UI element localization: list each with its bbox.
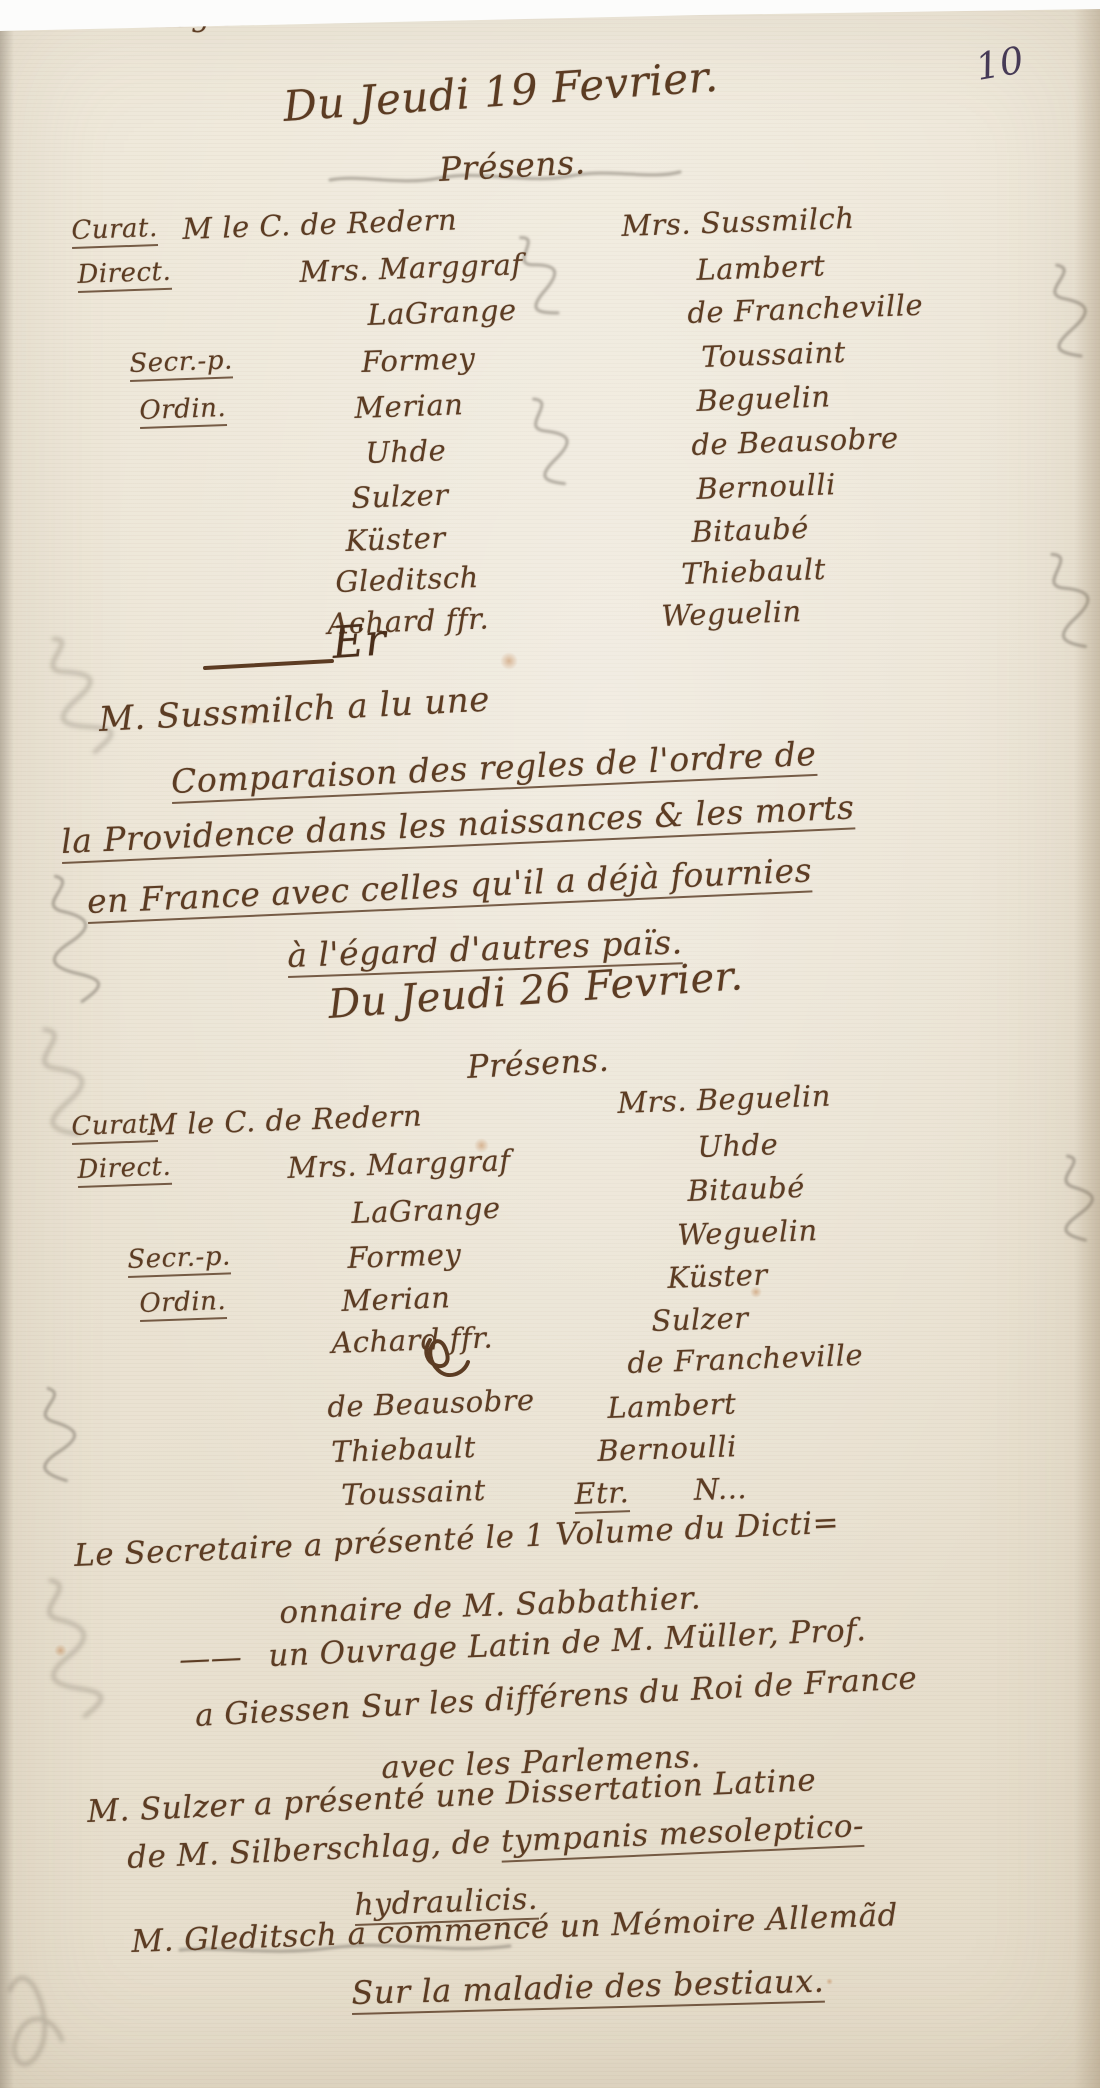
attendee-name: Thiebault <box>331 1430 477 1469</box>
margin-label-direct: Direct. <box>77 257 172 290</box>
margin-label-ordin: Ordin. <box>139 393 227 426</box>
attendee-name: Toussaint <box>341 1473 486 1512</box>
attendee-name: Bitaubé <box>691 511 810 549</box>
attendee-name: Bernoulli <box>696 467 837 506</box>
margin-label-curat: Curat. <box>71 1109 158 1142</box>
attendee-name: Lambert <box>696 249 826 287</box>
separator-dash-stroke <box>205 661 332 668</box>
attendee-name: LaGrange <box>367 293 517 332</box>
paraph-flourish: Er <box>330 614 388 669</box>
presens-heading: Présens. <box>466 1041 610 1086</box>
attendee-name: Uhde <box>365 433 447 470</box>
attendee-name: de Beausobre <box>691 421 899 462</box>
attendee-name: Merian <box>354 387 464 425</box>
margin-label-ordin: Ordin. <box>139 1286 227 1319</box>
page-number: 10 <box>973 38 1028 89</box>
etranger-entry: Etr. N... <box>574 1471 748 1511</box>
manuscript-page: Registres de l'Academie 10 Du Jeudi 19 F… <box>0 0 1100 2088</box>
attendee-name: Weguelin <box>677 1213 818 1252</box>
margin-label-secr: Secr.-p. <box>127 1241 231 1275</box>
margin-label-direct: Direct. <box>77 1152 172 1185</box>
attendee-name: Lambert <box>607 1387 737 1425</box>
attendee-name: Formey <box>361 341 476 379</box>
etranger-value: N... <box>693 1471 747 1507</box>
attendee-name: Achard ffr. <box>331 1320 494 1360</box>
attendee-name: de Beausobre <box>327 1383 535 1424</box>
attendee-name: Gleditsch <box>335 560 480 599</box>
presens-heading: Présens. <box>438 142 586 189</box>
margin-label-curat: Curat. <box>71 213 158 246</box>
attendee-name: Thiebault <box>681 552 827 591</box>
attendee-name: Merian <box>341 1280 451 1318</box>
attendee-name: Bitaubé <box>687 1170 806 1208</box>
attendee-name: Uhde <box>697 1127 779 1164</box>
attendee-name: LaGrange <box>351 1191 501 1230</box>
attendee-name: Beguelin <box>696 379 831 418</box>
attendee-name: Toussaint <box>701 335 846 374</box>
attendee-name: Formey <box>347 1237 462 1275</box>
etranger-label: Etr. <box>574 1475 630 1514</box>
attendee-name: Küster <box>345 521 446 558</box>
ditto-dash: —— <box>178 1639 243 1678</box>
attendee-name: Sulzer <box>651 1301 749 1338</box>
attendee-name: Bernoulli <box>597 1429 738 1468</box>
attendee-name: Sulzer <box>351 478 449 515</box>
margin-label-secr: Secr.-p. <box>129 345 233 379</box>
attendee-name: Küster <box>667 1258 768 1295</box>
attendee-name: Weguelin <box>661 594 802 633</box>
